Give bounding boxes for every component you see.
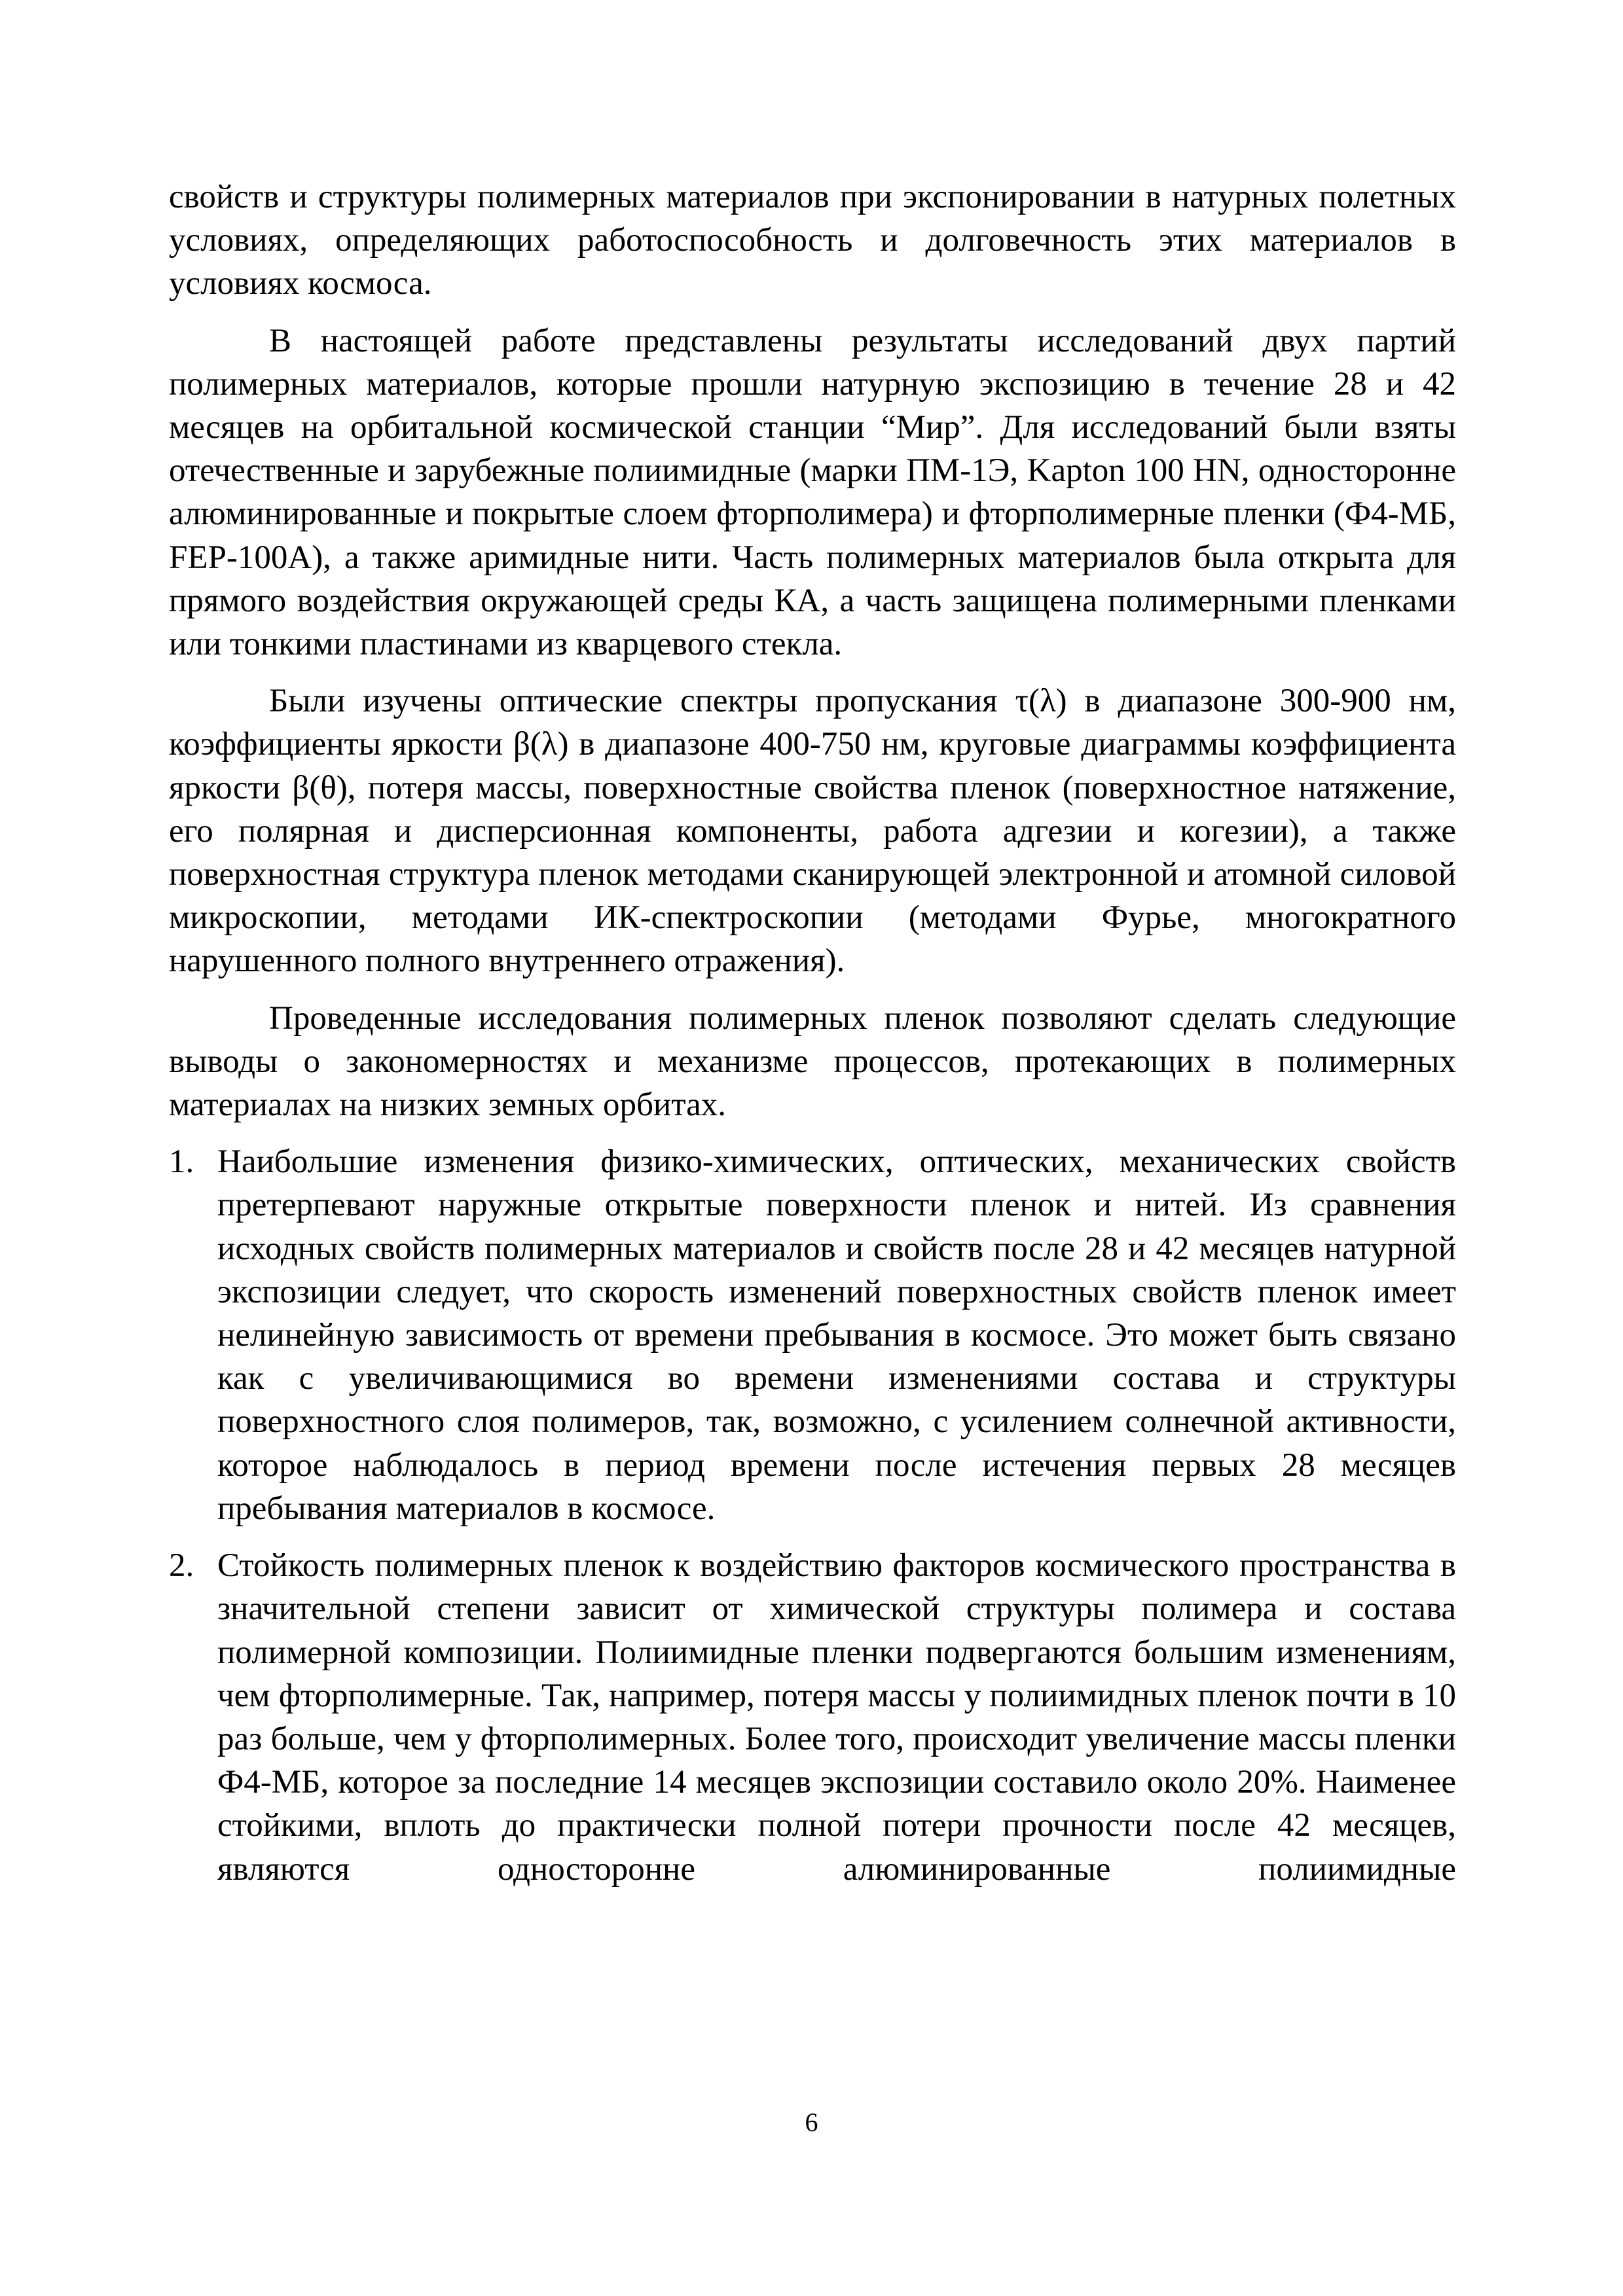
paragraph-materials-overview: В настоящей работе представлены результа… xyxy=(169,319,1456,666)
page-number: 6 xyxy=(0,2106,1623,2139)
document-page: свойств и структуры полимерных материало… xyxy=(169,175,1456,1905)
list-item-number: 1. xyxy=(169,1140,217,1530)
list-item-text: Наибольшие изменения физико-химических, … xyxy=(217,1140,1456,1530)
paragraph-methods: Были изучены оптические спектры пропуска… xyxy=(169,679,1456,982)
list-item-number: 2. xyxy=(169,1544,217,1891)
paragraph-conclusions-intro: Проведенные исследования полимерных плен… xyxy=(169,997,1456,1127)
list-item: 1. Наибольшие изменения физико-химически… xyxy=(169,1140,1456,1530)
conclusions-list: 1. Наибольшие изменения физико-химически… xyxy=(169,1140,1456,1890)
list-item: 2. Стойкость полимерных пленок к воздейс… xyxy=(169,1544,1456,1891)
paragraph-continuation: свойств и структуры полимерных материало… xyxy=(169,175,1456,306)
list-item-text: Стойкость полимерных пленок к воздействи… xyxy=(217,1544,1456,1891)
